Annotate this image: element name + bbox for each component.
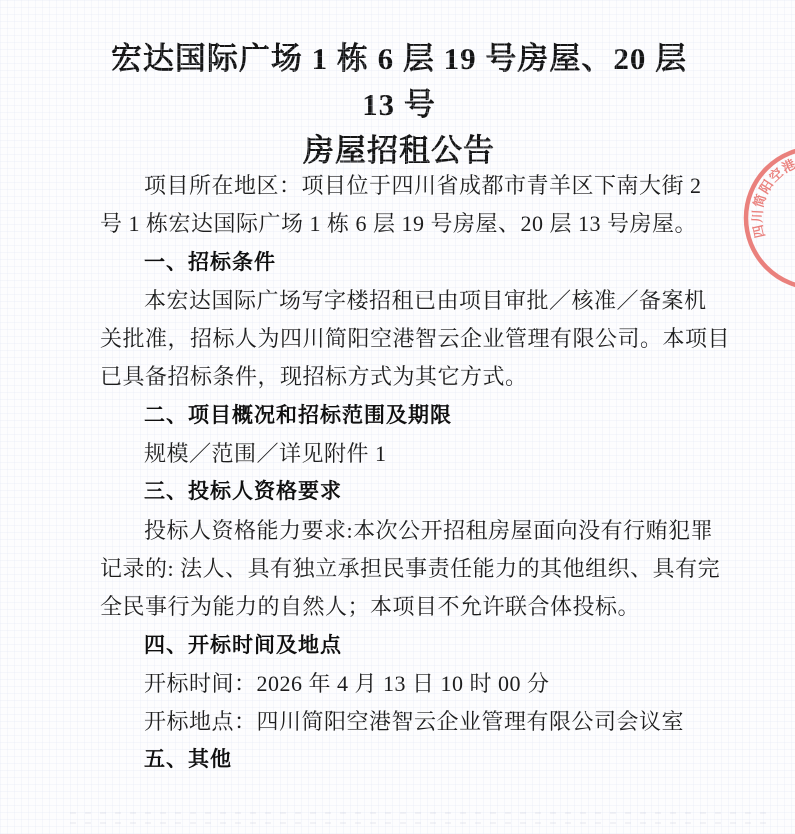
section-heading-1: 一、招标条件 xyxy=(100,244,720,282)
text-line: 记录的: 法人、具有独立承担民事责任能力的其他组织、具有完 xyxy=(100,550,720,588)
text-line: 投标人资格能力要求:本次公开招租房屋面向没有行贿犯罪 xyxy=(100,512,720,550)
text-line: 关批准，招标人为四川简阳空港智云企业管理有限公司。本项目 xyxy=(100,320,720,358)
section-heading-4: 四、开标时间及地点 xyxy=(100,627,720,665)
text-line: 开标地点：四川简阳空港智云企业管理有限公司会议室 xyxy=(100,703,720,741)
text-line: 规模／范围／详见附件 1 xyxy=(100,435,720,473)
scanned-document-page: 宏达国际广场 1 栋 6 层 19 号房屋、20 层 13 号 房屋招租公告 项… xyxy=(0,0,795,834)
text-line: 号 1 栋宏达国际广场 1 栋 6 层 19 号房屋、20 层 13 号房屋。 xyxy=(100,205,720,243)
scan-artifact xyxy=(70,822,775,824)
official-seal: 四川简阳空港智云企业管理有限公司 xyxy=(726,128,795,308)
text-line: 开标时间：2026 年 4 月 13 日 10 时 00 分 xyxy=(100,665,720,703)
document-body: 项目所在地区：项目位于四川省成都市青羊区下南大街 2 号 1 栋宏达国际广场 1… xyxy=(100,167,720,780)
text-line: 项目所在地区：项目位于四川省成都市青羊区下南大街 2 xyxy=(100,167,720,205)
section-heading-2: 二、项目概况和招标范围及期限 xyxy=(100,397,720,435)
text-line: 已具备招标条件，现招标方式为其它方式。 xyxy=(100,358,720,396)
page-title: 宏达国际广场 1 栋 6 层 19 号房屋、20 层 13 号 房屋招租公告 xyxy=(100,36,698,174)
page-title-line-1: 宏达国际广场 1 栋 6 层 19 号房屋、20 层 13 号 xyxy=(100,36,698,128)
text-line: 全民事行为能力的自然人；本项目不允许联合体投标。 xyxy=(100,588,720,626)
scan-artifact xyxy=(70,812,775,814)
text-line: 本宏达国际广场写字楼招租已由项目审批／核准／备案机 xyxy=(100,282,720,320)
section-heading-5: 五、其他 xyxy=(100,741,720,779)
section-heading-3: 三、投标人资格要求 xyxy=(100,473,720,511)
